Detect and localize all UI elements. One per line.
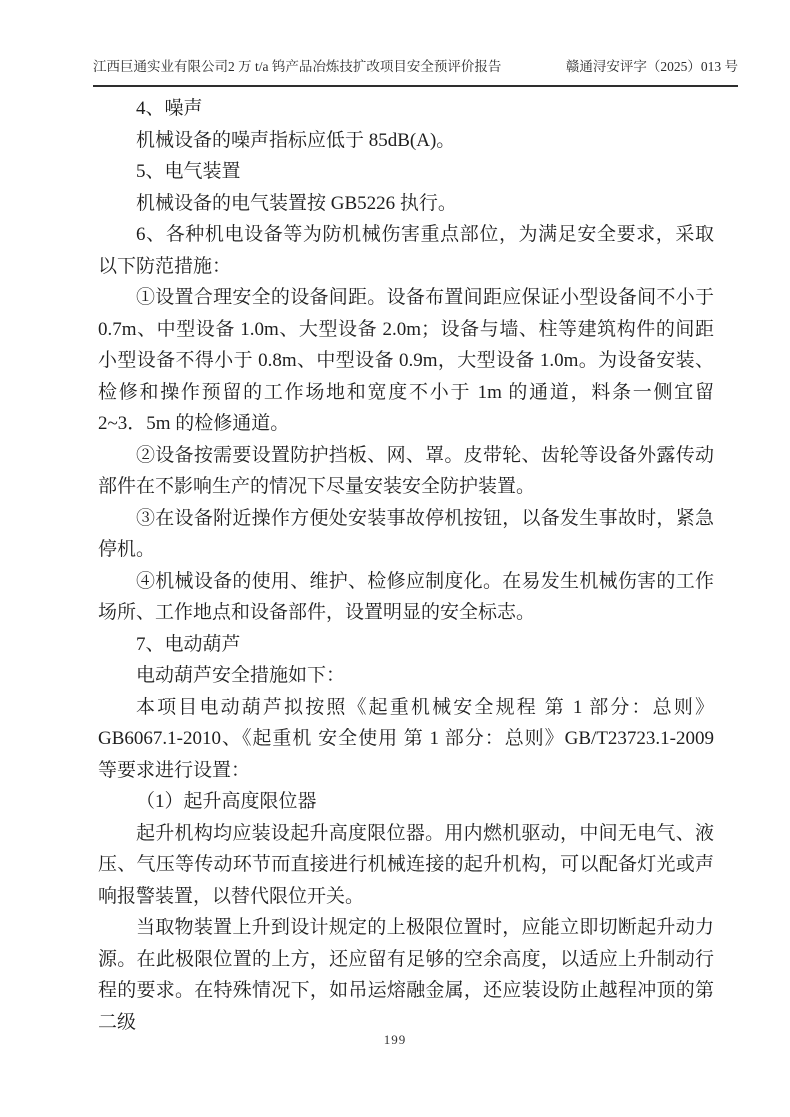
header-rule [93,85,738,87]
document-body: 4、噪声 机械设备的噪声指标应低于 85dB(A)。 5、电气装置 机械设备的电… [98,93,714,1038]
page-header: 江西巨通实业有限公司2 万 t/a 钨产品冶炼技扩改项目安全预评价报告 赣通浔安… [0,0,790,87]
document-page: 江西巨通实业有限公司2 万 t/a 钨产品冶炼技扩改项目安全预评价报告 赣通浔安… [0,0,790,1117]
header-row: 江西巨通实业有限公司2 万 t/a 钨产品冶炼技扩改项目安全预评价报告 赣通浔安… [93,58,738,76]
paragraph: 当取物装置上升到设计规定的上极限位置时，应能立即切断起升动力源。在此极限位置的上… [98,912,714,1038]
paragraph-heading-hoist: 7、电动葫芦 [98,629,714,661]
paragraph-heading-electrical: 5、电气装置 [98,156,714,188]
paragraph-measure-2: ②设备按需要设置防护挡板、网、罩。皮带轮、齿轮等设备外露传动部件在不影响生产的情… [98,440,714,503]
paragraph: 本项目电动葫芦拟按照《起重机械安全规程 第 1 部分：总则》GB6067.1-2… [98,692,714,787]
paragraph-measure-3: ③在设备附近操作方便处安装事故停机按钮，以备发生事故时，紧急停机。 [98,503,714,566]
page-footer: 199 [0,1032,790,1048]
paragraph-heading-limiter: （1）起升高度限位器 [98,786,714,818]
page-number: 199 [384,1032,407,1047]
paragraph-heading-equipment: 6、各种机电设备等为防机械伤害重点部位，为满足安全要求，采取以下防范措施： [98,219,714,282]
paragraph-measure-4: ④机械设备的使用、维护、检修应制度化。在易发生机械伤害的工作场所、工作地点和设备… [98,566,714,629]
paragraph: 机械设备的电气装置按 GB5226 执行。 [98,188,714,220]
paragraph: 机械设备的噪声指标应低于 85dB(A)。 [98,125,714,157]
header-doc-number: 赣通浔安评字（2025）013 号 [566,58,738,76]
paragraph-measure-1: ①设置合理安全的设备间距。设备布置间距应保证小型设备间不小于 0.7m、中型设备… [98,282,714,440]
paragraph-heading-noise: 4、噪声 [98,93,714,125]
paragraph: 电动葫芦安全措施如下： [98,660,714,692]
header-report-title: 江西巨通实业有限公司2 万 t/a 钨产品冶炼技扩改项目安全预评价报告 [93,58,501,76]
paragraph: 起升机构均应装设起升高度限位器。用内燃机驱动，中间无电气、液压、气压等传动环节而… [98,818,714,913]
